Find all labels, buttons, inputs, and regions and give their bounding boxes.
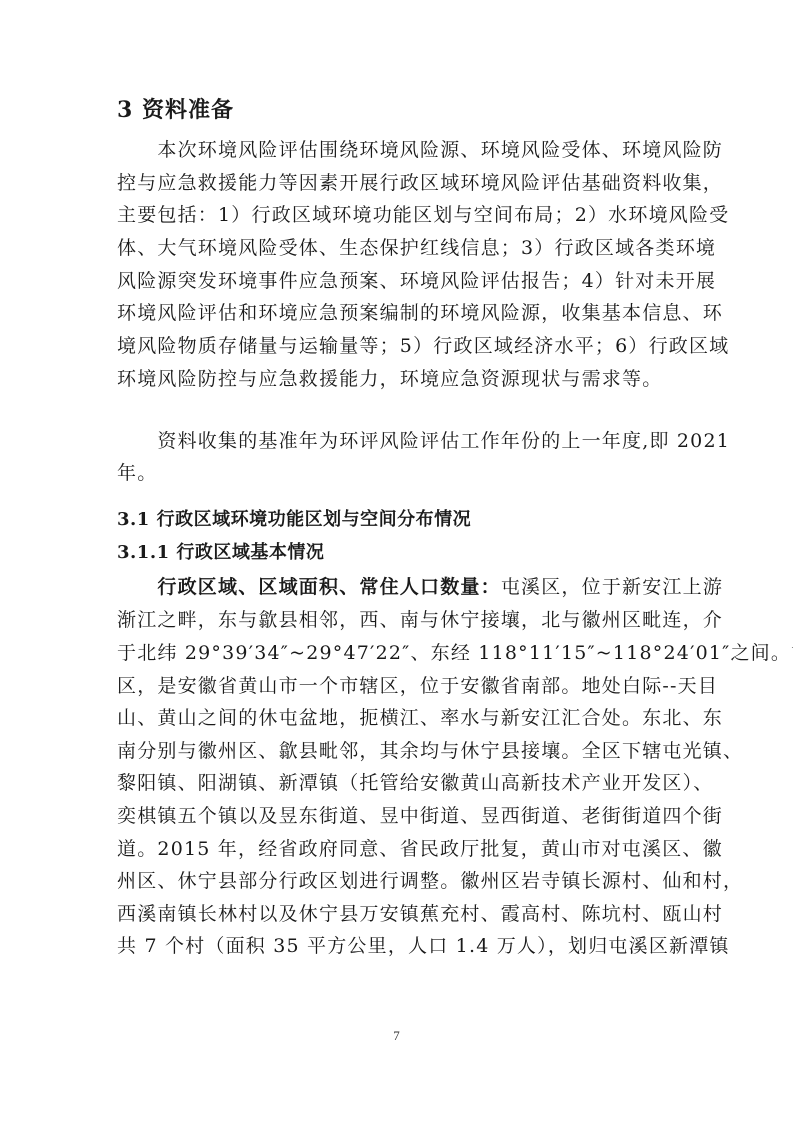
- text-line: 西溪南镇长林村以及休宁县万安镇蕉充村、霞高村、陈坑村、瓯山村: [117, 902, 677, 926]
- text-line: 黎阳镇、阳湖镇、新潭镇（托管给安徽黄山高新技术产业开发区）、: [117, 771, 677, 795]
- text-line: 共 7 个村（面积 35 平方公里，人口 1.4 万人），划归屯溪区新潭镇: [117, 934, 677, 958]
- text-line: 南分别与徽州区、歙县毗邻，其余均与休宁县接壤。全区下辖屯光镇、: [117, 739, 677, 763]
- text-line: 州区、休宁县部分行政区划进行调整。徽州区岩寺镇长源村、仙和村，: [117, 869, 677, 893]
- document-page: 3 资料准备 本次环境风险评估围绕环境风险源、环境风险受体、环境风险防 控与应急…: [0, 0, 793, 1122]
- text-line: 本次环境风险评估围绕环境风险源、环境风险受体、环境风险防: [117, 138, 677, 162]
- text-line-first: 行政区域、区域面积、常住人口数量：屯溪区，位于新安江上游: [117, 575, 677, 599]
- page-number: 7: [0, 1028, 793, 1044]
- subsection-heading: 3.1 行政区域环境功能区划与空间分布情况: [117, 508, 677, 532]
- bold-lead-term: 行政区域、区域面积、常住人口数量：: [117, 576, 501, 598]
- text-line: 境风险物质存储量与运输量等；5）行政区域经济水平；6）行政区域: [117, 334, 677, 358]
- text-line: 体、大气环境风险受体、生态保护红线信息；3）行政区域各类环境: [117, 236, 677, 260]
- text-line: 道。2015 年，经省政府同意、省民政厅批复，黄山市对屯溪区、徽: [117, 837, 677, 861]
- text-line: 控与应急救援能力等因素开展行政区域环境风险评估基础资料收集，: [117, 171, 677, 195]
- section-heading: 3 资料准备: [117, 98, 677, 122]
- text-line: 于北纬 29°39′34″~29°47′22″、东经 118°11′15″~11…: [117, 641, 677, 665]
- text-line: 环境风险防控与应急救援能力，环境应急资源现状与需求等。: [117, 367, 677, 391]
- text-line: 风险源突发环境事件应急预案、环境风险评估报告；4）针对未开展: [117, 269, 677, 293]
- lead-text: 屯溪区，位于新安江上游: [501, 576, 723, 598]
- text-line: 年。: [117, 461, 677, 485]
- text-line: 环境风险评估和环境应急预案编制的环境风险源，收集基本信息、环: [117, 301, 677, 325]
- subsubsection-heading: 3.1.1 行政区域基本情况: [117, 541, 677, 565]
- text-line: 资料收集的基准年为环评风险评估工作年份的上一年度,即 2021: [117, 429, 677, 453]
- text-line: 奕棋镇五个镇以及昱东街道、昱中街道、昱西街道、老街街道四个街: [117, 804, 677, 828]
- text-line: 山、黄山之间的休屯盆地，扼横江、率水与新安江汇合处。东北、东: [117, 706, 677, 730]
- text-line: 渐江之畔，东与歙县相邻，西、南与休宁接壤，北与徽州区毗连，介: [117, 608, 677, 632]
- text-line: 主要包括：1）行政区域环境功能区划与空间布局；2）水环境风险受: [117, 203, 677, 227]
- text-line: 区，是安徽省黄山市一个市辖区，位于安徽省南部。地处白际--天目: [117, 674, 677, 698]
